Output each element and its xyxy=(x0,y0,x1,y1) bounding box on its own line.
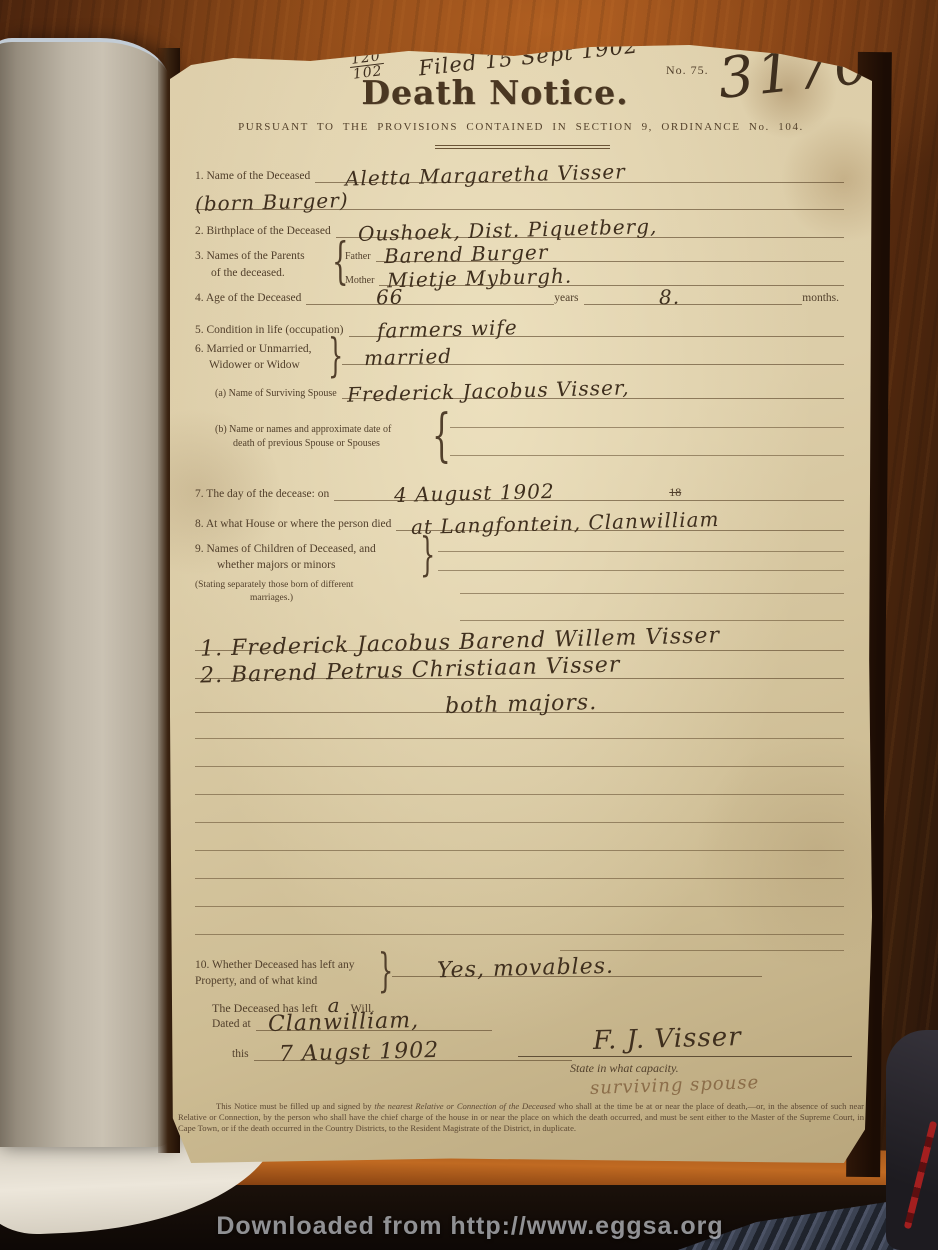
field-9-note-line2: marriages.) xyxy=(195,593,293,603)
field-10-label-line2: Property, and of what kind xyxy=(195,975,317,987)
field-5-label: 5. Condition in life (occupation) xyxy=(195,324,349,337)
header-rule xyxy=(435,145,610,149)
married-line: married xyxy=(342,340,844,365)
child-2-line: 2. Barend Petrus Christiaan Visser xyxy=(195,654,844,679)
signature-line: F. J. Visser xyxy=(518,1032,852,1057)
field-9-note: (Stating separately those born of differ… xyxy=(195,579,353,606)
blank-line xyxy=(195,878,844,879)
field-9-line3 xyxy=(460,593,844,594)
blank-line xyxy=(195,766,844,767)
form-no-label: No. 75. xyxy=(666,63,709,78)
field-1-label: 1. Name of the Deceased xyxy=(195,170,315,183)
age-years-line: 66 xyxy=(306,280,554,305)
dated-at-row: Dated at Clanwilliam, xyxy=(212,1007,492,1031)
father-line: Barend Burger xyxy=(376,237,844,262)
field-1-line2: (born Burger) xyxy=(195,185,844,210)
field-9-label-line2: whether majors or minors xyxy=(195,559,336,571)
children-summary-row: both majors. xyxy=(195,689,844,713)
field-6-label-line1: 6. Married or Unmarried, xyxy=(195,343,312,355)
field-2-line: Oushoek, Dist. Piquetberg, xyxy=(336,213,844,238)
child-entry-1: 1. Frederick Jacobus Barend Willem Visse… xyxy=(195,627,844,651)
dated-at-value: Clanwilliam, xyxy=(267,1008,419,1037)
age-years-value: 66 xyxy=(376,285,404,310)
form-footnote: This Notice must be filled up and signed… xyxy=(178,1101,864,1134)
printed-year-struck: 18 xyxy=(669,485,681,500)
blank-line xyxy=(195,822,844,823)
date-value: 7 Augst 1902 xyxy=(278,1038,439,1067)
field-6a-spouse: (a) Name of Surviving Spouse Frederick J… xyxy=(215,375,844,399)
decease-day-value: 4 August 1902 xyxy=(394,479,555,507)
photo-scene: 120 102 Filed 15 Sept 1902 No. 75. 3170 … xyxy=(0,0,938,1250)
blank-line-short xyxy=(560,950,844,951)
capacity-label: State in what capacity. xyxy=(570,1061,679,1076)
field-7-label: 7. The day of the decease: on xyxy=(195,488,334,501)
field-6-value-row: married xyxy=(342,341,844,365)
field-8-death-place: 8. At what House or where the person die… xyxy=(195,507,872,531)
condition-line: farmers wife xyxy=(349,312,844,337)
children-summary-value: both majors. xyxy=(445,690,598,719)
child-2-value: 2. Barend Petrus Christiaan Visser xyxy=(200,653,621,689)
field-10-brace: } xyxy=(378,944,393,997)
field-4-label: 4. Age of the Deceased xyxy=(195,292,306,305)
death-place-value: at Langfontein, Clanwilliam xyxy=(411,507,720,539)
field-5-condition: 5. Condition in life (occupation) farmer… xyxy=(195,313,844,337)
field-6-label: 6. Married or Unmarried, Widower or Wido… xyxy=(195,341,312,373)
field-1-line: Aletta Margaretha Visser xyxy=(315,158,844,183)
field-6-label-line2: Widower or Widow xyxy=(195,359,300,371)
footnote-italic: the nearest Relative or Connection of th… xyxy=(374,1101,555,1111)
field-9-line4 xyxy=(460,620,844,621)
months-label: months. xyxy=(802,292,844,305)
field-1-name: 1. Name of the Deceased Aletta Margareth… xyxy=(195,159,844,183)
pursuant-line: PURSUANT TO THE PROVISIONS CONTAINED IN … xyxy=(170,121,872,133)
child-1-line: 1. Frederick Jacobus Barend Willem Visse… xyxy=(195,626,844,651)
field-6b-label-line2: death of previous Spouse or Spouses xyxy=(215,438,380,449)
field-6b-brace: { xyxy=(432,403,451,470)
this-label: this xyxy=(232,1048,254,1061)
field-9-note-line1: (Stating separately those born of differ… xyxy=(195,580,353,590)
field-2-birthplace: 2. Birthplace of the Deceased Oushoek, D… xyxy=(195,214,844,238)
form-title: Death Notice. xyxy=(340,73,650,112)
field-2-label: 2. Birthplace of the Deceased xyxy=(195,225,336,238)
years-label: years xyxy=(554,292,583,305)
age-months-line: 8. xyxy=(584,280,803,305)
field-3-label: 3. Names of the Parents of the deceased. xyxy=(195,248,305,283)
decease-day-line: 4 August 1902 18 xyxy=(334,476,844,501)
field-10-label-line1: 10. Whether Deceased has left any xyxy=(195,959,354,971)
field-10-label: 10. Whether Deceased has left any Proper… xyxy=(195,957,354,989)
footnote-part1: This Notice must be filled up and signed… xyxy=(216,1101,374,1111)
field-8-label: 8. At what House or where the person die… xyxy=(195,518,396,531)
father-label: Father xyxy=(345,251,376,262)
field-4-age: 4. Age of the Deceased 66 years 8. month… xyxy=(195,281,844,305)
age-months-value: 8. xyxy=(658,285,680,310)
blank-line xyxy=(195,794,844,795)
signature-row: F. J. Visser xyxy=(518,1033,852,1057)
field-9-brace: } xyxy=(420,528,435,581)
field-6b-label-line1: (b) Name or names and approximate date o… xyxy=(215,424,391,435)
field-6b-line1 xyxy=(450,427,844,428)
field-7-decease-day: 7. The day of the decease: on 4 August 1… xyxy=(195,477,844,501)
born-name-value: (born Burger) xyxy=(195,188,349,216)
blank-line xyxy=(195,738,844,739)
field-3-label-line1: 3. Names of the Parents xyxy=(195,250,305,262)
condition-value: farmers wife xyxy=(376,315,517,343)
death-notice-form-page: 120 102 Filed 15 Sept 1902 No. 75. 3170 … xyxy=(170,45,872,1163)
blank-line xyxy=(195,934,844,935)
signature-value: F. J. Visser xyxy=(593,1022,742,1056)
field-6a-label: (a) Name of Surviving Spouse xyxy=(215,388,342,399)
field-6b-line2 xyxy=(450,455,844,456)
spouse-line: Frederick Jacobus Visser, xyxy=(342,374,844,399)
field-9-label-line1: 9. Names of Children of Deceased, and xyxy=(195,543,376,555)
spouse-value: Frederick Jacobus Visser, xyxy=(346,375,629,406)
children-summary-line: both majors. xyxy=(195,688,844,713)
field-9-line2 xyxy=(438,570,844,571)
property-line: Yes, movables. xyxy=(392,952,762,977)
field-9-line1 xyxy=(438,551,844,552)
left-rolled-page xyxy=(0,38,170,1147)
field-3-father-row: Father Barend Burger xyxy=(345,238,844,262)
field-3-label-line2: of the deceased. xyxy=(195,267,285,279)
field-10-value-row: Yes, movables. xyxy=(392,953,762,977)
blank-line xyxy=(195,906,844,907)
field-1-name-line2: (born Burger) xyxy=(195,186,844,210)
property-value: Yes, movables. xyxy=(437,954,615,984)
field-9-label: 9. Names of Children of Deceased, and wh… xyxy=(195,541,376,573)
child-entry-2: 2. Barend Petrus Christiaan Visser xyxy=(195,655,844,679)
capacity-value: surviving spouse xyxy=(590,1072,760,1099)
watermark-text: Downloaded from http://www.eggsa.org xyxy=(150,1212,790,1241)
blank-line xyxy=(195,850,844,851)
death-place-line: at Langfontein, Clanwilliam xyxy=(396,506,844,531)
dated-at-label: Dated at xyxy=(212,1018,256,1031)
married-value: married xyxy=(364,344,453,370)
dated-at-line: Clanwilliam, xyxy=(256,1006,492,1031)
field-6b-label: (b) Name or names and approximate date o… xyxy=(215,423,391,451)
